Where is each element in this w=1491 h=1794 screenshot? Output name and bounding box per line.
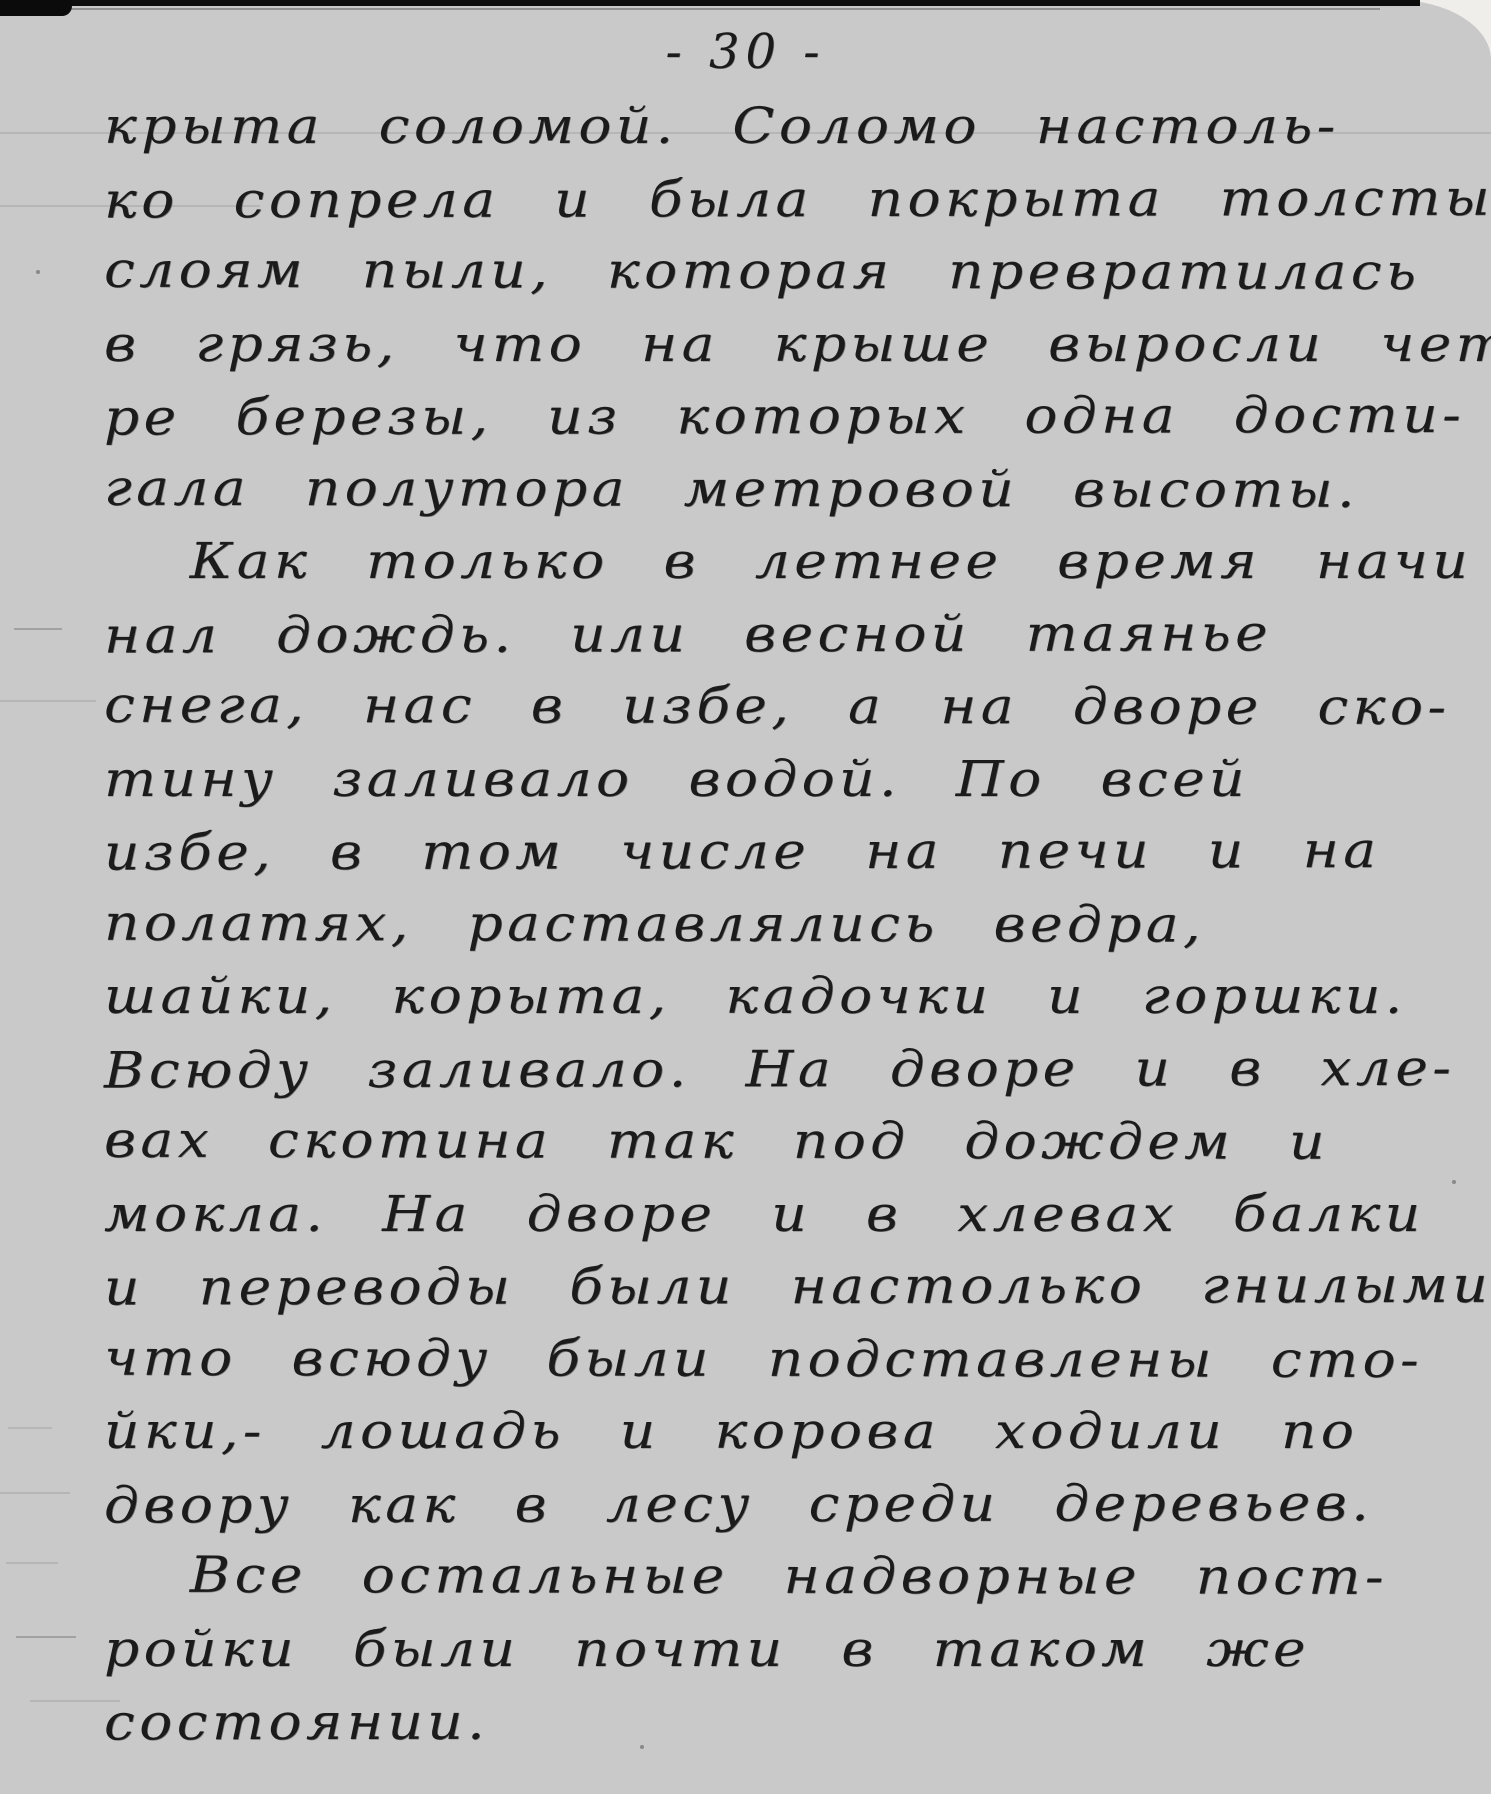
manuscript-page-paper: - 30 - крыта соломой. Соломо настоль-ко …	[0, 0, 1491, 1794]
manuscript-line: нал дождь. или весной таянье	[104, 596, 1491, 671]
manuscript-line: Всюду заливало. На дворе и в хле-	[104, 1031, 1491, 1106]
manuscript-text: крыта соломой. Соломо настоль-ко сопрела…	[104, 90, 1491, 1758]
manuscript-line: полатях, раставлялись ведра,	[104, 886, 1491, 961]
manuscript-line: крыта соломой. Соломо настоль-	[104, 90, 1491, 163]
scan-corner-artifact	[0, 0, 72, 16]
page-number: - 30 -	[0, 24, 1491, 80]
ruling-mark	[8, 1427, 52, 1429]
ruling-mark	[14, 628, 62, 630]
manuscript-line: что всюду были подставлены сто-	[104, 1321, 1491, 1396]
manuscript-line: Как только в летнее время начи	[104, 525, 1491, 598]
manuscript-line: ре березы, из которых одна дости-	[104, 379, 1491, 454]
manuscript-line: двору как в лесу среди деревьев.	[104, 1466, 1491, 1541]
ruling-mark	[6, 1562, 58, 1564]
manuscript-line: избе, в том числе на печи и на	[104, 814, 1491, 889]
ruling-mark	[0, 700, 96, 702]
manuscript-line: тину заливало водой. По всей	[104, 743, 1491, 816]
manuscript-line: шайки, корыта, кадочки и горшки.	[104, 960, 1491, 1033]
ruling-mark	[0, 1492, 70, 1494]
manuscript-line: в грязь, что на крыше выросли четы	[104, 308, 1491, 381]
manuscript-line: йки,- лошадь и корова ходили по	[104, 1395, 1491, 1468]
ruling-mark	[16, 1636, 76, 1638]
manuscript-line: мокла. На дворе и в хлевах балки	[104, 1178, 1491, 1251]
manuscript-line: и переводы были настолько гнилыми,	[104, 1249, 1491, 1324]
manuscript-line: слоям пыли, которая превратилась	[104, 234, 1491, 309]
scan-edge-artifact-thin	[0, 8, 1380, 10]
manuscript-line: гала полутора метровой высоты.	[104, 451, 1491, 526]
dust-speck	[36, 270, 40, 274]
manuscript-line: ройки были почти в таком же	[104, 1613, 1491, 1686]
scan-edge-artifact	[0, 0, 1420, 6]
manuscript-line: состоянии.	[104, 1684, 1491, 1759]
manuscript-line: ко сопрела и была покрыта толстым	[104, 161, 1491, 236]
manuscript-line: вах скотина так под дождем и	[104, 1104, 1491, 1179]
manuscript-line: снега, нас в избе, а на дворе ско-	[104, 669, 1491, 744]
manuscript-line: Все остальные надворные пост-	[104, 1539, 1491, 1614]
